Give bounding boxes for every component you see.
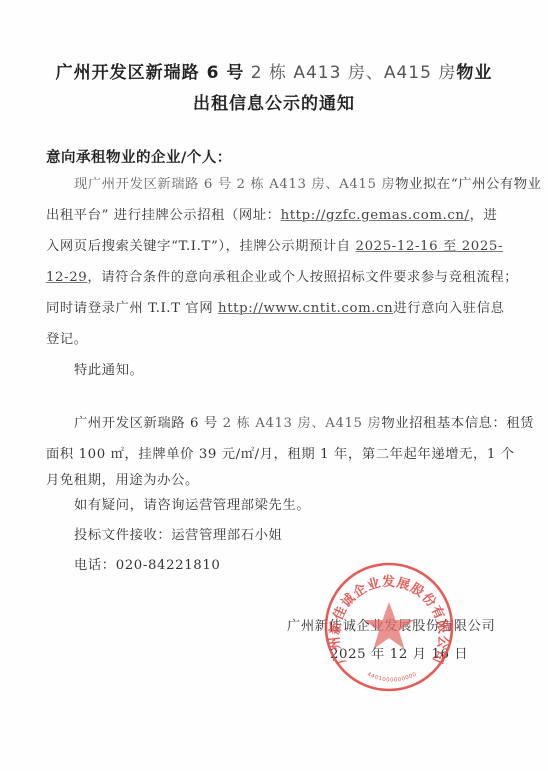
para2-line1: 广州开发区新瑞路 6 号 2 栋 A413 房、A415 房物业招租基本信息：租… bbox=[74, 415, 534, 433]
para1-text: ，请符合条件的意向承租企业或个人按照招标文件要求参与竞租流程； bbox=[87, 270, 518, 285]
para1-line6: 登记。 bbox=[46, 331, 88, 349]
para2-line3: 月免租期，用途为办公。 bbox=[46, 472, 199, 490]
para1-line1: 现广州开发区新瑞路 6 号 2 栋 A413 房、A415 房物业拟在“广州公有… bbox=[74, 176, 542, 194]
para2-line2: 面积 100 ㎡，挂牌单价 39 元/㎡/月，租期 1 年，第二年起年递增无，1… bbox=[46, 446, 515, 464]
listing-period-start: 2025-12-16 至 2025- bbox=[356, 239, 504, 254]
para1-text: 出租平台” 进行挂牌公示招租（网址： bbox=[46, 208, 281, 223]
title-part-a: 广州开发区新瑞路 6 号 bbox=[56, 63, 245, 83]
para1-text: 物业拟在“广州公有物业 bbox=[395, 177, 541, 192]
para1-text: ，进 bbox=[470, 208, 498, 223]
tit-website-link[interactable]: http://www.cntit.com.cn bbox=[218, 301, 393, 316]
signature-date: 2025 年 12 月 16 日 bbox=[330, 643, 468, 662]
phone-text: 电话：020-84221810 bbox=[74, 557, 220, 575]
para1-text: 同时请登录广州 T.I.T 官网 bbox=[46, 301, 218, 316]
para1-line4: 12-29，请符合条件的意向承租企业或个人按照招标文件要求参与竞租流程； bbox=[46, 269, 518, 287]
closing-text: 特此通知。 bbox=[74, 362, 143, 380]
para1-line5: 同时请登录广州 T.I.T 官网 http://www.cntit.com.cn… bbox=[46, 300, 505, 318]
listing-period-end: 12-29 bbox=[46, 270, 87, 285]
para2-text: 广州开发区新瑞路 6 号 bbox=[74, 416, 218, 431]
title-part-b: 物业 bbox=[456, 63, 492, 83]
para2-text: 物业招租基本信息：租赁 bbox=[381, 416, 534, 431]
company-signature: 广州新佳诚企业发展股份有限公司 bbox=[287, 615, 495, 634]
document-page: 广州开发区新瑞路 6 号 2 栋 A413 房、A415 房物业 出租信息公示的… bbox=[0, 0, 548, 771]
bid-receiver-text: 投标文件接收：运营管理部石小姐 bbox=[74, 527, 282, 545]
document-title-line1: 广州开发区新瑞路 6 号 2 栋 A413 房、A415 房物业 bbox=[0, 58, 548, 83]
title-part-lite: 2 栋 A413 房、A415 房 bbox=[244, 63, 456, 83]
platform-url-link[interactable]: http://gzfc.gemas.com.cn/ bbox=[281, 208, 470, 223]
salutation: 意向承租物业的企业/个人： bbox=[46, 146, 232, 167]
para1-line3: 入网页后搜索关键字“T.I.T”），挂牌公示期预计自 2025-12-16 至 … bbox=[46, 238, 503, 256]
para2-address: 2 栋 A413 房、A415 房 bbox=[218, 416, 382, 431]
inquiry-text: 如有疑问，请咨询运营管理部梁先生。 bbox=[74, 497, 310, 515]
document-title-line2: 出租信息公示的通知 bbox=[0, 89, 548, 114]
svg-text:4401000000000: 4401000000000 bbox=[366, 672, 418, 684]
para1-line2: 出租平台” 进行挂牌公示招租（网址：http://gzfc.gemas.com.… bbox=[46, 207, 497, 225]
para1-text: 进行意向入驻信息 bbox=[393, 301, 504, 316]
para1-text: 入网页后搜索关键字“T.I.T”），挂牌公示期预计自 bbox=[46, 239, 356, 254]
para1-address: 现广州开发区新瑞路 6 号 2 栋 A413 房、A415 房 bbox=[74, 177, 395, 192]
